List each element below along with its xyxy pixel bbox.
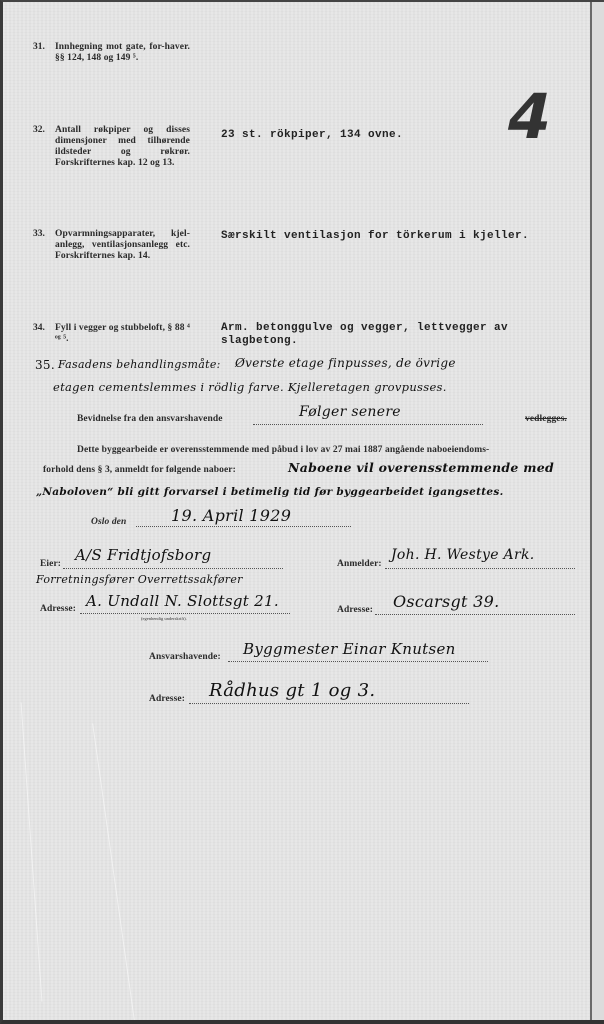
responsible-field-line [228, 661, 488, 662]
neighbors-handwritten-line1: Naboene vil overensstemmende med [288, 460, 554, 475]
item-35-label: Fasadens behandlingsmåte: [58, 358, 221, 371]
date-field-line [136, 526, 351, 527]
responsible-name: Byggmester Einar Knutsen [243, 640, 456, 658]
page-edge [590, 2, 604, 1024]
item-34-number: 34. [33, 323, 45, 333]
applicant-address: Oscarsgt 39. [393, 592, 500, 611]
owner-name: A/S Fridtjofsborg [75, 546, 211, 564]
item-33-label: Opvarmningsapparater, kjel-anlegg, venti… [55, 229, 190, 262]
owner-address: A. Undall N. Slottsgt 21. [86, 592, 279, 610]
attestation-value: Følger senere [299, 404, 401, 420]
item-34-value-line2: slagbetong. [221, 335, 298, 348]
item-35-number: 35. [35, 358, 55, 372]
item-31-number: 31. [33, 42, 45, 52]
signature-note: (egenhendig underskrift). [141, 616, 187, 621]
item-34-label: Fyll i vegger og stubbeloft, § 88 ⁴ ᵒᵍ ⁵… [55, 323, 190, 345]
item-34-value-line1: Arm. betonggulve og vegger, lettvegger a… [221, 322, 508, 335]
responsible-label: Ansvarshavende: [149, 652, 221, 663]
owner-address-label: Adresse: [40, 604, 76, 615]
owner-field-line [63, 568, 283, 569]
neighbors-text-line1: Dette byggearbeide er overensstemmende m… [77, 445, 489, 456]
owner-address-line [80, 613, 290, 614]
responsible-address: Rådhus gt 1 og 3. [209, 680, 375, 701]
attestation-field-line [253, 424, 483, 425]
item-32-number: 32. [33, 125, 45, 135]
neighbors-text-line2: forhold dens § 3, anmeldt for følgende n… [43, 465, 236, 476]
owner-label: Eier: [40, 559, 61, 570]
attestation-label: Bevidnelse fra den ansvarshavende [77, 414, 223, 425]
date-label: Oslo den [91, 517, 126, 528]
date-value: 19. April 1929 [171, 506, 291, 525]
item-31-label: Innhegning mot gate, for-haver. §§ 124, … [55, 42, 190, 64]
document-page: 4 31. Innhegning mot gate, for-haver. §§… [0, 0, 604, 1024]
neighbors-handwritten-line2: „Naboloven“ bli gitt forvarsel i betimel… [36, 486, 504, 498]
item-33-number: 33. [33, 229, 45, 239]
item-32-value: 23 st. rökpiper, 134 ovne. [221, 129, 403, 142]
owner-line2: Forretningsfører Overrettssakfører [36, 573, 243, 586]
item-33-value: Særskilt ventilasjon for törkerum i kjel… [221, 230, 529, 243]
struck-word: vedlegges. [525, 414, 567, 425]
applicant-address-label: Adresse: [337, 605, 373, 616]
applicant-address-line [375, 614, 575, 615]
film-scratch [21, 702, 43, 1001]
item-35-line1: Øverste etage finpusses, de övrige [235, 356, 456, 370]
film-scratch [92, 723, 135, 1020]
page-number: 4 [500, 80, 559, 153]
applicant-name: Joh. H. Westye Ark. [391, 547, 535, 563]
item-32-label: Antall røkpiper og disses dimensjoner me… [55, 125, 190, 169]
responsible-address-line [189, 703, 469, 704]
responsible-address-label: Adresse: [149, 694, 185, 705]
item-35-line2: etagen cementslemmes i rödlig farve. Kje… [53, 380, 447, 394]
applicant-field-line [385, 568, 575, 569]
applicant-label: Anmelder: [337, 559, 382, 570]
